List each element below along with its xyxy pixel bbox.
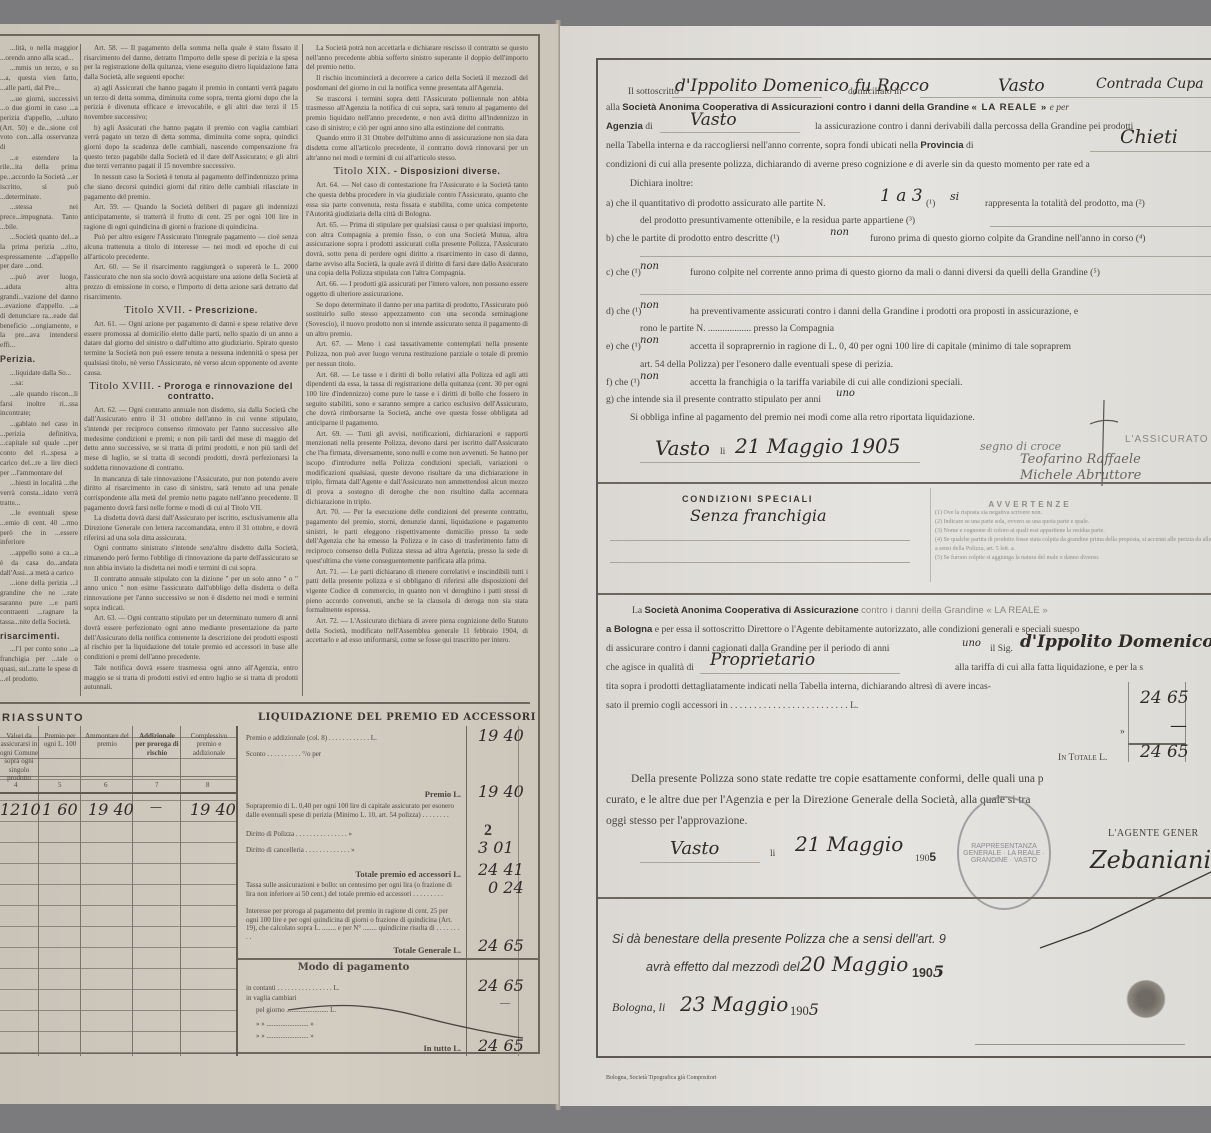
article-62e: Il contratto annuale stipulato con la di… — [84, 575, 298, 614]
cell-value: 19 40 — [88, 800, 134, 819]
agente-label: L'AGENTE GENER — [1108, 828, 1199, 839]
article-58b: b) agli Assicurati che hanno pagato il p… — [84, 124, 298, 173]
column-number: 7 — [155, 781, 159, 789]
titolo-19-heading: Titolo XIX. - Disposizioni diverse. — [306, 167, 528, 177]
article-65: Art. 65. — Prima di stipulare per qualsi… — [306, 221, 528, 279]
clause-e-answer-field[interactable]: non — [640, 335, 659, 346]
clause-b-text-2: furono prima di questo giorno colpite da… — [870, 233, 1146, 244]
titolo-name: - Disposizioni diverse. — [394, 166, 501, 176]
article-67: Art. 67. — Meno i casi tassativamente co… — [306, 340, 528, 369]
section-divider — [598, 593, 1211, 595]
clause-d-answer-field[interactable]: non — [640, 300, 659, 311]
liq-row-label: Totale Generale L. — [246, 946, 461, 955]
article-72: Art. 72. — L'Assicurato dichiara di aver… — [306, 617, 528, 646]
col1-text: ...appello sono a ca...a è da casa do...… — [0, 549, 78, 578]
column-header: Valori da assicurarsi in ogni Comune sop… — [0, 732, 38, 782]
liq-row-label: Sconto . . . . . . . . . . °/o per — [246, 750, 461, 759]
clause-f-text-2: accetta la franchigia o la tariffa varia… — [690, 377, 963, 388]
column-header: Premio per ogni L. 100 — [40, 732, 80, 749]
article-58c: In nessun caso la Società è tenuta al pa… — [84, 173, 298, 202]
fill-line — [640, 256, 1211, 257]
clause-d-text-2: ha preventivamente assicurati contro i d… — [690, 306, 1078, 317]
column-header: Addizionale per proroga di rischio — [134, 732, 180, 757]
titolo-number: Titolo XVII. — [124, 304, 185, 316]
col1-heading: risarcimenti. — [0, 631, 60, 641]
clause-f-text: f) che (¹) — [606, 377, 640, 388]
place-field-2[interactable]: Vasto — [670, 838, 719, 859]
company-name: Società Anonima Cooperativa di Assicuraz… — [622, 102, 969, 113]
text: La — [632, 605, 642, 616]
fill-line — [700, 673, 900, 674]
article-66: Art. 66. — I prodotti già assicurati per… — [306, 280, 528, 299]
article-62: Art. 62. — Ogni contratto annuale non di… — [84, 406, 298, 474]
column-number: 8 — [206, 781, 210, 789]
col1-text: ...l'1 per conto sono ...a franchigia pe… — [0, 645, 78, 684]
column-divider — [80, 44, 81, 696]
article-63: Art. 63. — Ogni contratto stipulato per … — [84, 614, 298, 663]
text: li — [770, 848, 775, 859]
modo-row-label: in contanti . . . . . . . . . . . . . . … — [246, 984, 461, 993]
signature-flourish — [1030, 870, 1211, 950]
clause-b-answer-field[interactable]: non — [830, 227, 849, 238]
text: che agisce in qualità di — [606, 662, 694, 673]
avvertenza-item: (1) Ove la risposta sia negativa scriver… — [935, 509, 1211, 518]
article-62d: Ogni contratto sinistrato s'intende senz… — [84, 544, 298, 573]
year-suffix-field[interactable]: 5 — [933, 962, 944, 981]
fill-line — [640, 462, 920, 463]
section-divider — [598, 897, 1211, 899]
provincia-label: Provincia — [920, 140, 963, 151]
witness-1-signature: Teofarino Raffaele — [1020, 452, 1141, 467]
avvertenza-item: (3) Nome e cognome di coloro ai quali es… — [935, 527, 1211, 536]
clause-d-text: d) che (¹) — [606, 306, 641, 317]
clause-e-text-2: accetta il sopraprernio in ragione di L.… — [690, 341, 1071, 352]
clause-e-continuation: art. 54 della Polizza) per l'esonero dal… — [640, 359, 893, 370]
article-59b: Può per altro esigere l'Assicurato l'int… — [84, 233, 298, 262]
riassunto-title: RIASSUNTO — [2, 712, 85, 724]
avvertenze-box: AVVERTENZE (1) Ove la risposta sia negat… — [935, 500, 1211, 563]
clause-g-text: g) che intende sia il presente contratto… — [606, 394, 821, 405]
titolo-number: Titolo XIX. — [334, 165, 391, 177]
domicile-field[interactable]: Vasto — [998, 76, 1045, 96]
col1-text: ...gablato nel caso in ...perizia defini… — [0, 420, 78, 478]
liq-row-value: 24 65 — [478, 936, 524, 955]
year-suffix-field[interactable]: 5 — [809, 1000, 819, 1019]
titolo-name: - Prescrizione. — [189, 305, 258, 315]
column-number: 6 — [104, 781, 108, 789]
article-58: Art. 58. — Il pagamento della somma nell… — [84, 44, 298, 83]
clause-c-answer-field[interactable]: non — [640, 261, 659, 272]
agenzia-label: Agenzia — [606, 121, 643, 132]
clause-d-continuation: rono le partite N. .................. pr… — [640, 323, 834, 334]
clause-a-text-2: rappresenta la totalità del prodotto, ma… — [985, 198, 1145, 209]
col3-paragraph: Il rischio incomincierà a decorrere a ca… — [306, 74, 528, 93]
col1-text: ...hiesti in località ...the verrà const… — [0, 479, 78, 508]
cross-mark-icon — [1090, 398, 1120, 488]
obbliga-text: Si obbliga infine al pagamento del premi… — [630, 412, 975, 423]
assicurato-label: L'ASSICURATO — [1125, 434, 1209, 445]
copie-text: curato, e le altre due per l'Agenzia e p… — [606, 794, 1030, 806]
col1-text: ...ione della perizia ...l grandine che … — [0, 579, 78, 628]
article-60: Art. 60. — Se il risarcimento raggiunger… — [84, 263, 298, 302]
liq-row-value: 0 24 — [488, 878, 524, 897]
avvertenza-item: (5) Se furono colpite si aggiunga la nat… — [935, 554, 1211, 563]
agency-field[interactable]: Vasto — [690, 110, 737, 130]
column-divider — [302, 44, 303, 696]
grid-rule — [0, 792, 236, 794]
col1-text: ...liquidate dalla So... — [0, 369, 78, 379]
clause-b-text: b) che le partite di prodotto entro desc… — [606, 233, 779, 244]
riassunto-table: Valori da assicurarsi in ogni Comune sop… — [0, 726, 236, 1056]
modo-pagamento-title: Modo di pagamento — [246, 964, 461, 973]
witness-2-signature: Michele Abruttore — [1020, 468, 1141, 483]
column-number: 4 — [14, 781, 18, 789]
text: di — [645, 121, 652, 132]
article-62b: In mancanza di tale rinnovazione l'Assic… — [84, 475, 298, 514]
article-61: Art. 61. — Ogni azione per pagamento di … — [84, 320, 298, 378]
titolo-name: - Proroga e rinnovazione del contratto. — [158, 381, 293, 401]
modo-divider — [238, 958, 538, 960]
col1-text: ...stessa nei prece...impugnata. Tanto .… — [0, 203, 78, 232]
place-field-1[interactable]: Vasto — [655, 436, 710, 460]
sottoscritto-label: Il sottoscritto — [628, 86, 679, 97]
condizioni-speciali-title: CONDIZIONI SPECIALI — [682, 494, 813, 504]
titolo-18-heading: Titolo XVIII. - Proroga e rinnovazione d… — [84, 382, 298, 401]
fill-line — [672, 97, 822, 98]
fill-line — [610, 540, 910, 541]
liq-row-value: 19 40 — [478, 782, 524, 801]
avvertenza-item: (2) Indicare se una parte sola, ovvero s… — [935, 518, 1211, 527]
col1-text: ...Società quanto del...a la prima periz… — [0, 233, 78, 272]
liq-row-label: Tassa sulle assicurazioni e bollo: un ce… — [246, 881, 461, 898]
in-tutto-label: In tutto L. — [246, 1044, 461, 1053]
clause-c-text: c) che (¹) — [606, 267, 641, 278]
printer-imprint: Bologna, Società Tipografica già Composi… — [606, 1075, 717, 1081]
clause-g-years-field[interactable]: uno — [836, 388, 855, 399]
domicile-extra-field[interactable]: Contrada Cupa — [1096, 76, 1204, 92]
company-city: a Bologna — [606, 624, 652, 635]
col1-text: ...ue giorni, successivi ...o due giorni… — [0, 95, 78, 153]
text: la assicurazione contro i danni derivabi… — [815, 121, 1133, 132]
col1-text: ...le eventuali spese ...emio di cent. 4… — [0, 509, 78, 548]
benestare-text: Si dà benestare della presente Polizza c… — [612, 932, 946, 946]
province-field[interactable]: Chieti — [1120, 126, 1178, 148]
col1-text: ...sa: — [0, 379, 78, 389]
year-suffix-field[interactable]: 5 — [929, 850, 936, 864]
text: nella Tabella interna e da raccogliersi … — [606, 140, 918, 151]
liq-row-label: Diritto di cancelleria . . . . . . . . .… — [246, 846, 461, 855]
date-field-2[interactable]: 21 Maggio — [795, 832, 903, 856]
article-66b: Se dopo determinato il danno per una par… — [306, 301, 528, 340]
bologna-date-label: Bologna, li — [612, 1000, 665, 1015]
liq-row-label: Interesse per proroga al pagamento del p… — [246, 907, 461, 941]
company-brand: « LA REALE » — [972, 102, 1048, 113]
col1-text: ...ale quando riscon...li farsi inoltre … — [0, 390, 78, 419]
signature-line — [975, 1044, 1185, 1045]
footnote-ref: (¹) — [926, 198, 935, 209]
year-prefix: 190 — [790, 1004, 809, 1018]
text: li — [720, 446, 725, 457]
copie-text: oggi stesso per l'approvazione. — [606, 815, 747, 827]
liquidazione-title: LIQUIDAZIONE DEL PREMIO ED ACCESSORI — [258, 712, 536, 723]
col3-paragraph: Quando entro il 31 Ottobre dell'ultimo a… — [306, 134, 528, 163]
liq-row-value: 3 01 — [478, 838, 514, 857]
cell-value: 19 40 — [190, 800, 236, 819]
article-71: Art. 71. — Le parti dichiarano di ritene… — [306, 568, 528, 617]
col3-paragraph: Se trascorsi i termini sopra detti l'Ass… — [306, 95, 528, 134]
liq-row-label: Premio e addizionale (col. 8) . . . . . … — [246, 734, 461, 743]
domiciliato-label: domiciliato in — [848, 86, 902, 97]
article-63b: Tale notifica dovrà essere trasmessa ogn… — [84, 664, 298, 693]
col1-text: ...e estendere la rile...ita della prima… — [0, 154, 78, 203]
liq-row-value: 24 41 — [478, 860, 524, 879]
qualita-field[interactable]: Proprietario — [710, 650, 815, 670]
article-70: Art. 70. — Per la esecuzione delle condi… — [306, 508, 528, 566]
text: alla tariffa di cui alla fatta liquidazi… — [955, 662, 1143, 673]
text: condizioni di cui alla presente polizza,… — [606, 159, 1090, 170]
other-amount-field[interactable]: — — [1170, 716, 1187, 736]
fill-line — [920, 97, 1211, 98]
clause-e-text: e) che (¹) — [606, 341, 641, 352]
fill-line — [610, 562, 910, 563]
titolo-number: Titolo XVIII. — [89, 380, 154, 392]
column-number: 5 — [58, 781, 62, 789]
clause-a-answer-field[interactable]: si — [950, 190, 959, 203]
condizioni-speciali-field[interactable]: Senza franchigia — [690, 506, 826, 525]
premium-amount-field[interactable]: 24 65 — [1140, 688, 1189, 708]
period-years-field[interactable]: uno — [962, 638, 981, 649]
text: contro i danni della Grandine « LA REALE… — [861, 605, 1048, 616]
clause-a-text: a) che il quantitativo di prodotto assic… — [606, 198, 826, 209]
article-62c: La disdetta dovrà darsi dall'Assicurato … — [84, 514, 298, 543]
article-69: Art. 69. — Tutti gli avvisi, notificazio… — [306, 430, 528, 508]
insured-name-field-2[interactable]: d'Ippolito Domenico — [1020, 632, 1211, 652]
dichiara-label: Dichiara inoltre: — [630, 178, 693, 189]
liq-row-label: Premio L. — [246, 790, 461, 799]
benestare-text: avrà effetto dal mezzodì del — [646, 960, 800, 974]
effective-date-field[interactable]: 20 Maggio — [800, 952, 908, 976]
clause-a-continuation: del prodotto presuntivamente ottenibile,… — [640, 215, 915, 226]
column-header: Ammontare del premio — [82, 732, 132, 749]
totale-amount-field[interactable]: 24 65 — [1140, 742, 1189, 762]
section-divider — [0, 702, 530, 704]
liq-row-label: Diritto di Polizza . . . . . . . . . . .… — [246, 830, 461, 839]
modo-row-value: 24 65 — [478, 976, 524, 995]
copie-text: Della presente Polizza sono state redatt… — [631, 773, 1044, 785]
article-64: Art. 64. — Nel caso di contestazione fra… — [306, 181, 528, 220]
liq-row-label: Totale premio ed accessori L. — [246, 870, 461, 879]
text: sato il premio cogli accessori in . . . … — [606, 700, 858, 711]
in-tutto-value: 24 65 — [478, 1036, 524, 1055]
fill-line — [640, 294, 1211, 295]
text: e per — [1050, 102, 1069, 113]
text: e per essa il sottoscritto Direttore o l… — [655, 624, 1080, 635]
year-prefix: 190 — [915, 853, 929, 864]
fill-line — [660, 132, 800, 133]
fill-line — [640, 862, 760, 863]
section-divider — [598, 482, 1211, 484]
left-column-3: La Società potrà non accettarla e dichia… — [306, 44, 528, 698]
fill-line — [990, 226, 1211, 227]
left-column-2: Art. 58. — Il pagamento della somma nell… — [84, 44, 298, 698]
fill-line — [1090, 151, 1211, 152]
avvertenza-item: (4) Se qualche partita di prodotto fosse… — [935, 536, 1211, 554]
year-prefix: 190 — [912, 966, 933, 980]
text: il Sig. — [990, 643, 1013, 654]
col1-text: ...può aver luogo, ...aduta altra grandi… — [0, 273, 78, 351]
col1-heading: Perizia. — [0, 354, 36, 364]
clause-c-text-2: furono colpite nel corrente anno prima d… — [690, 267, 1100, 278]
stamp-text: RAPPRESENTANZA GENERALE · LA REALE · GRA… — [959, 843, 1049, 864]
left-column-1: ...lità, o nella maggior ...orendo anno … — [0, 44, 78, 694]
liq-row-label: Soprapremio di L. 0,40 per ogni 100 lire… — [246, 802, 461, 819]
approval-date-field[interactable]: 23 Maggio — [680, 992, 788, 1016]
article-58a: a) agli Assicurati che hanno pagato il p… — [84, 84, 298, 123]
article-68: Art. 68. — Le tasse e i diritti di bollo… — [306, 371, 528, 429]
avvertenze-title: AVVERTENZE — [835, 500, 1211, 509]
titolo-17-heading: Titolo XVII. - Prescrizione. — [84, 306, 298, 316]
ink-blot — [1126, 980, 1166, 1018]
company-name: Società Anonima Cooperativa di Assicuraz… — [645, 605, 859, 616]
cell-value: 1210 — [0, 800, 41, 819]
cell-value: — — [150, 800, 162, 814]
cell-value: 1 60 — [42, 800, 78, 819]
col1-text: ...lità, o nella maggior ...orendo anno … — [0, 44, 78, 63]
text: di — [966, 140, 973, 151]
text: » — [1120, 726, 1125, 737]
liquidazione-table: Premio e addizionale (col. 8) . . . . . … — [238, 726, 538, 1056]
clause-f-answer-field[interactable]: non — [640, 371, 659, 382]
column-header: Complessivo premio e addizionale — [182, 732, 236, 757]
text: alla — [606, 102, 620, 113]
totale-label: In Totale L. — [1058, 752, 1107, 763]
col3-paragraph: La Società potrà non accettarla e dichia… — [306, 44, 528, 73]
liq-row-value: 19 40 — [478, 726, 524, 745]
text: tita sopra i prodotti dettagliatamente i… — [606, 681, 991, 692]
modo-row-label: in vaglia cambiari — [246, 994, 461, 1003]
article-59: Art. 59. — Quando la Società deliberi di… — [84, 203, 298, 232]
clause-a-partite-field[interactable]: 1 a 3 — [880, 186, 923, 206]
date-field-1[interactable]: 21 Maggio 1905 — [735, 434, 901, 458]
col1-text: ...mmis un terzo, e su ...a, questa vien… — [0, 64, 78, 93]
